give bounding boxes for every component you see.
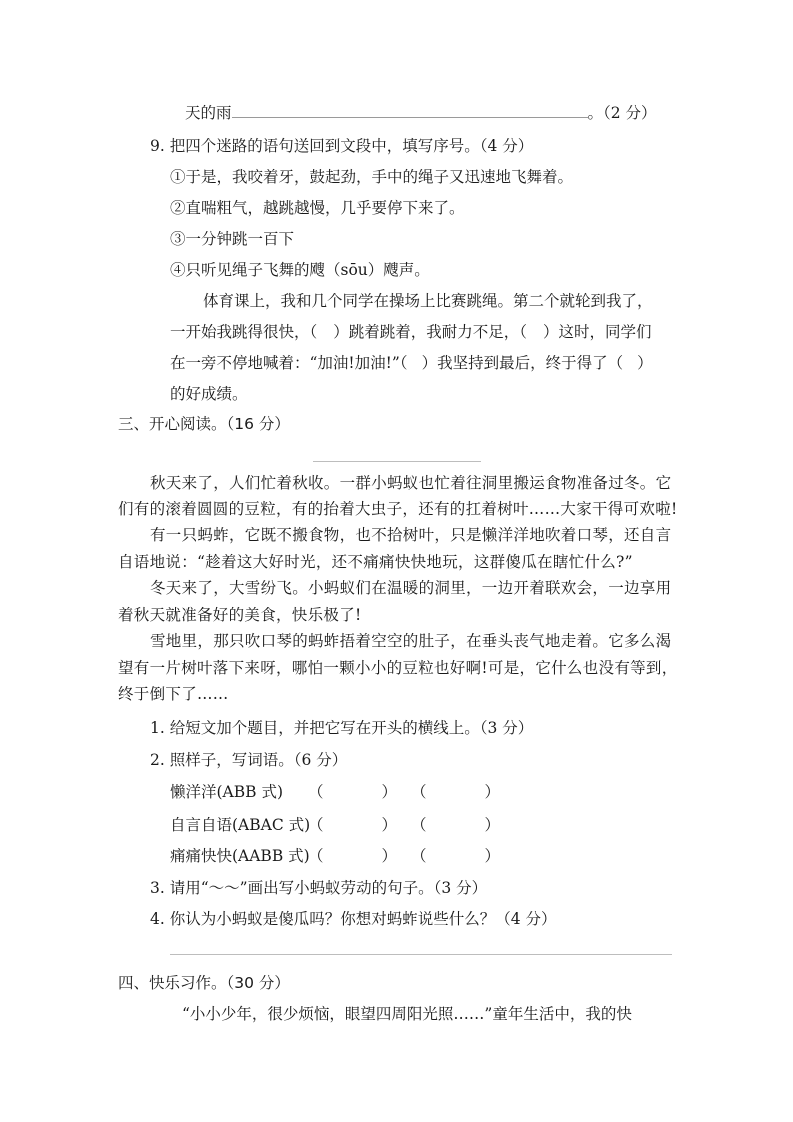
section4-intro: “小小少年，很少烦恼，眼望四周阳光照……”童年生活中，我的快 — [182, 1004, 632, 1024]
question-4: 4. 你认为小蚂蚁是傻瓜吗？你想对蚂蚱说些什么？（4 分） — [150, 909, 557, 929]
story-line-5: 冬天来了，大雪纷飞。小蚂蚁们在温暖的洞里，一边开着联欢会，一边享用 — [150, 578, 671, 598]
q9-option-3: ③一分钟跳一百下 — [170, 229, 294, 249]
q9-passage-line-1: 体育课上，我和几个同学在操场上比赛跳绳。第二个就轮到我了， — [203, 291, 653, 311]
story-line-9: 终于倒下了…… — [118, 684, 229, 704]
question-1: 1. 给短文加个题目，并把它写在开头的横线上。（3 分） — [150, 718, 533, 738]
q9-option-1: ①于是，我咬着牙，鼓起劲，手中的绳子又迅速地飞舞着。 — [170, 167, 573, 187]
story-line-3: 有一只蚂蚱，它既不搬食物，也不拾树叶，只是懒洋洋地吹着口琴，还自言 — [150, 525, 671, 545]
section3-heading: 三、开心阅读。（16 分） — [118, 414, 290, 434]
q9-passage-line-3: 在一旁不停地喊着：“加油!加油!”（）我坚持到最后，终于得了（） — [170, 353, 653, 373]
q9-passage-line-2: 一开始我跳得很快，（）跳着跳着，我耐力不足，（）这时，同学们 — [170, 322, 652, 342]
q2-item-1: 懒洋洋(ABB 式)（）（） — [170, 782, 500, 802]
q2-item-3: 痛痛快快(AABB 式)（）（） — [170, 846, 500, 866]
story-line-2: 们有的滚着圆圆的豆粒，有的抬着大虫子，还有的扛着树叶……大家干得可欢啦! — [118, 499, 678, 519]
story-line-4: 自语地说：“趁着这大好时光，还不痛痛快快地玩，这群傻瓜在瞎忙什么?” — [118, 552, 633, 572]
story-line-1: 秋天来了，人们忙着秋收。一群小蚂蚁也忙着往洞里搬运食物准备过冬。它 — [150, 473, 671, 493]
story-line-6: 着秋天就准备好的美食，快乐极了! — [118, 605, 362, 625]
section4-heading: 四、快乐习作。（30 分） — [118, 973, 290, 993]
story-line-8: 望有一片树叶落下来呀，哪怕一颗小小的豆粒也好啊!可是，它什么也没有等到， — [118, 658, 678, 678]
story-line-7: 雪地里，那只吹口琴的蚂蚱捂着空空的肚子，在垂头丧气地走着。它多么渴 — [150, 631, 671, 651]
q9-option-4: ④只听见绳子飞舞的飕（sōu）飕声。 — [170, 260, 430, 280]
q9-passage-line-4: 的好成绩。 — [170, 384, 248, 404]
question-2: 2. 照样子，写词语。（6 分） — [150, 750, 347, 770]
title-answer-line[interactable] — [313, 461, 481, 462]
q4-answer-line[interactable] — [170, 954, 672, 955]
question-3: 3. 请用“～～”画出写小蚂蚁劳动的句子。（3 分） — [150, 878, 487, 898]
q8-answer-line: 天的雨。（2 分） — [185, 103, 657, 123]
q8-prefix: 天的雨 — [185, 104, 232, 122]
q8-suffix: 。（2 分） — [588, 104, 657, 122]
q9-title: 9. 把四个迷路的语句送回到文段中，填写序号。（4 分） — [150, 136, 533, 156]
q8-blank-underline[interactable] — [232, 103, 588, 118]
q2-item-2: 自言自语(ABAC 式)（）（） — [170, 815, 500, 835]
q9-option-2: ②直喘粗气，越跳越慢，几乎要停下来了。 — [170, 198, 465, 218]
